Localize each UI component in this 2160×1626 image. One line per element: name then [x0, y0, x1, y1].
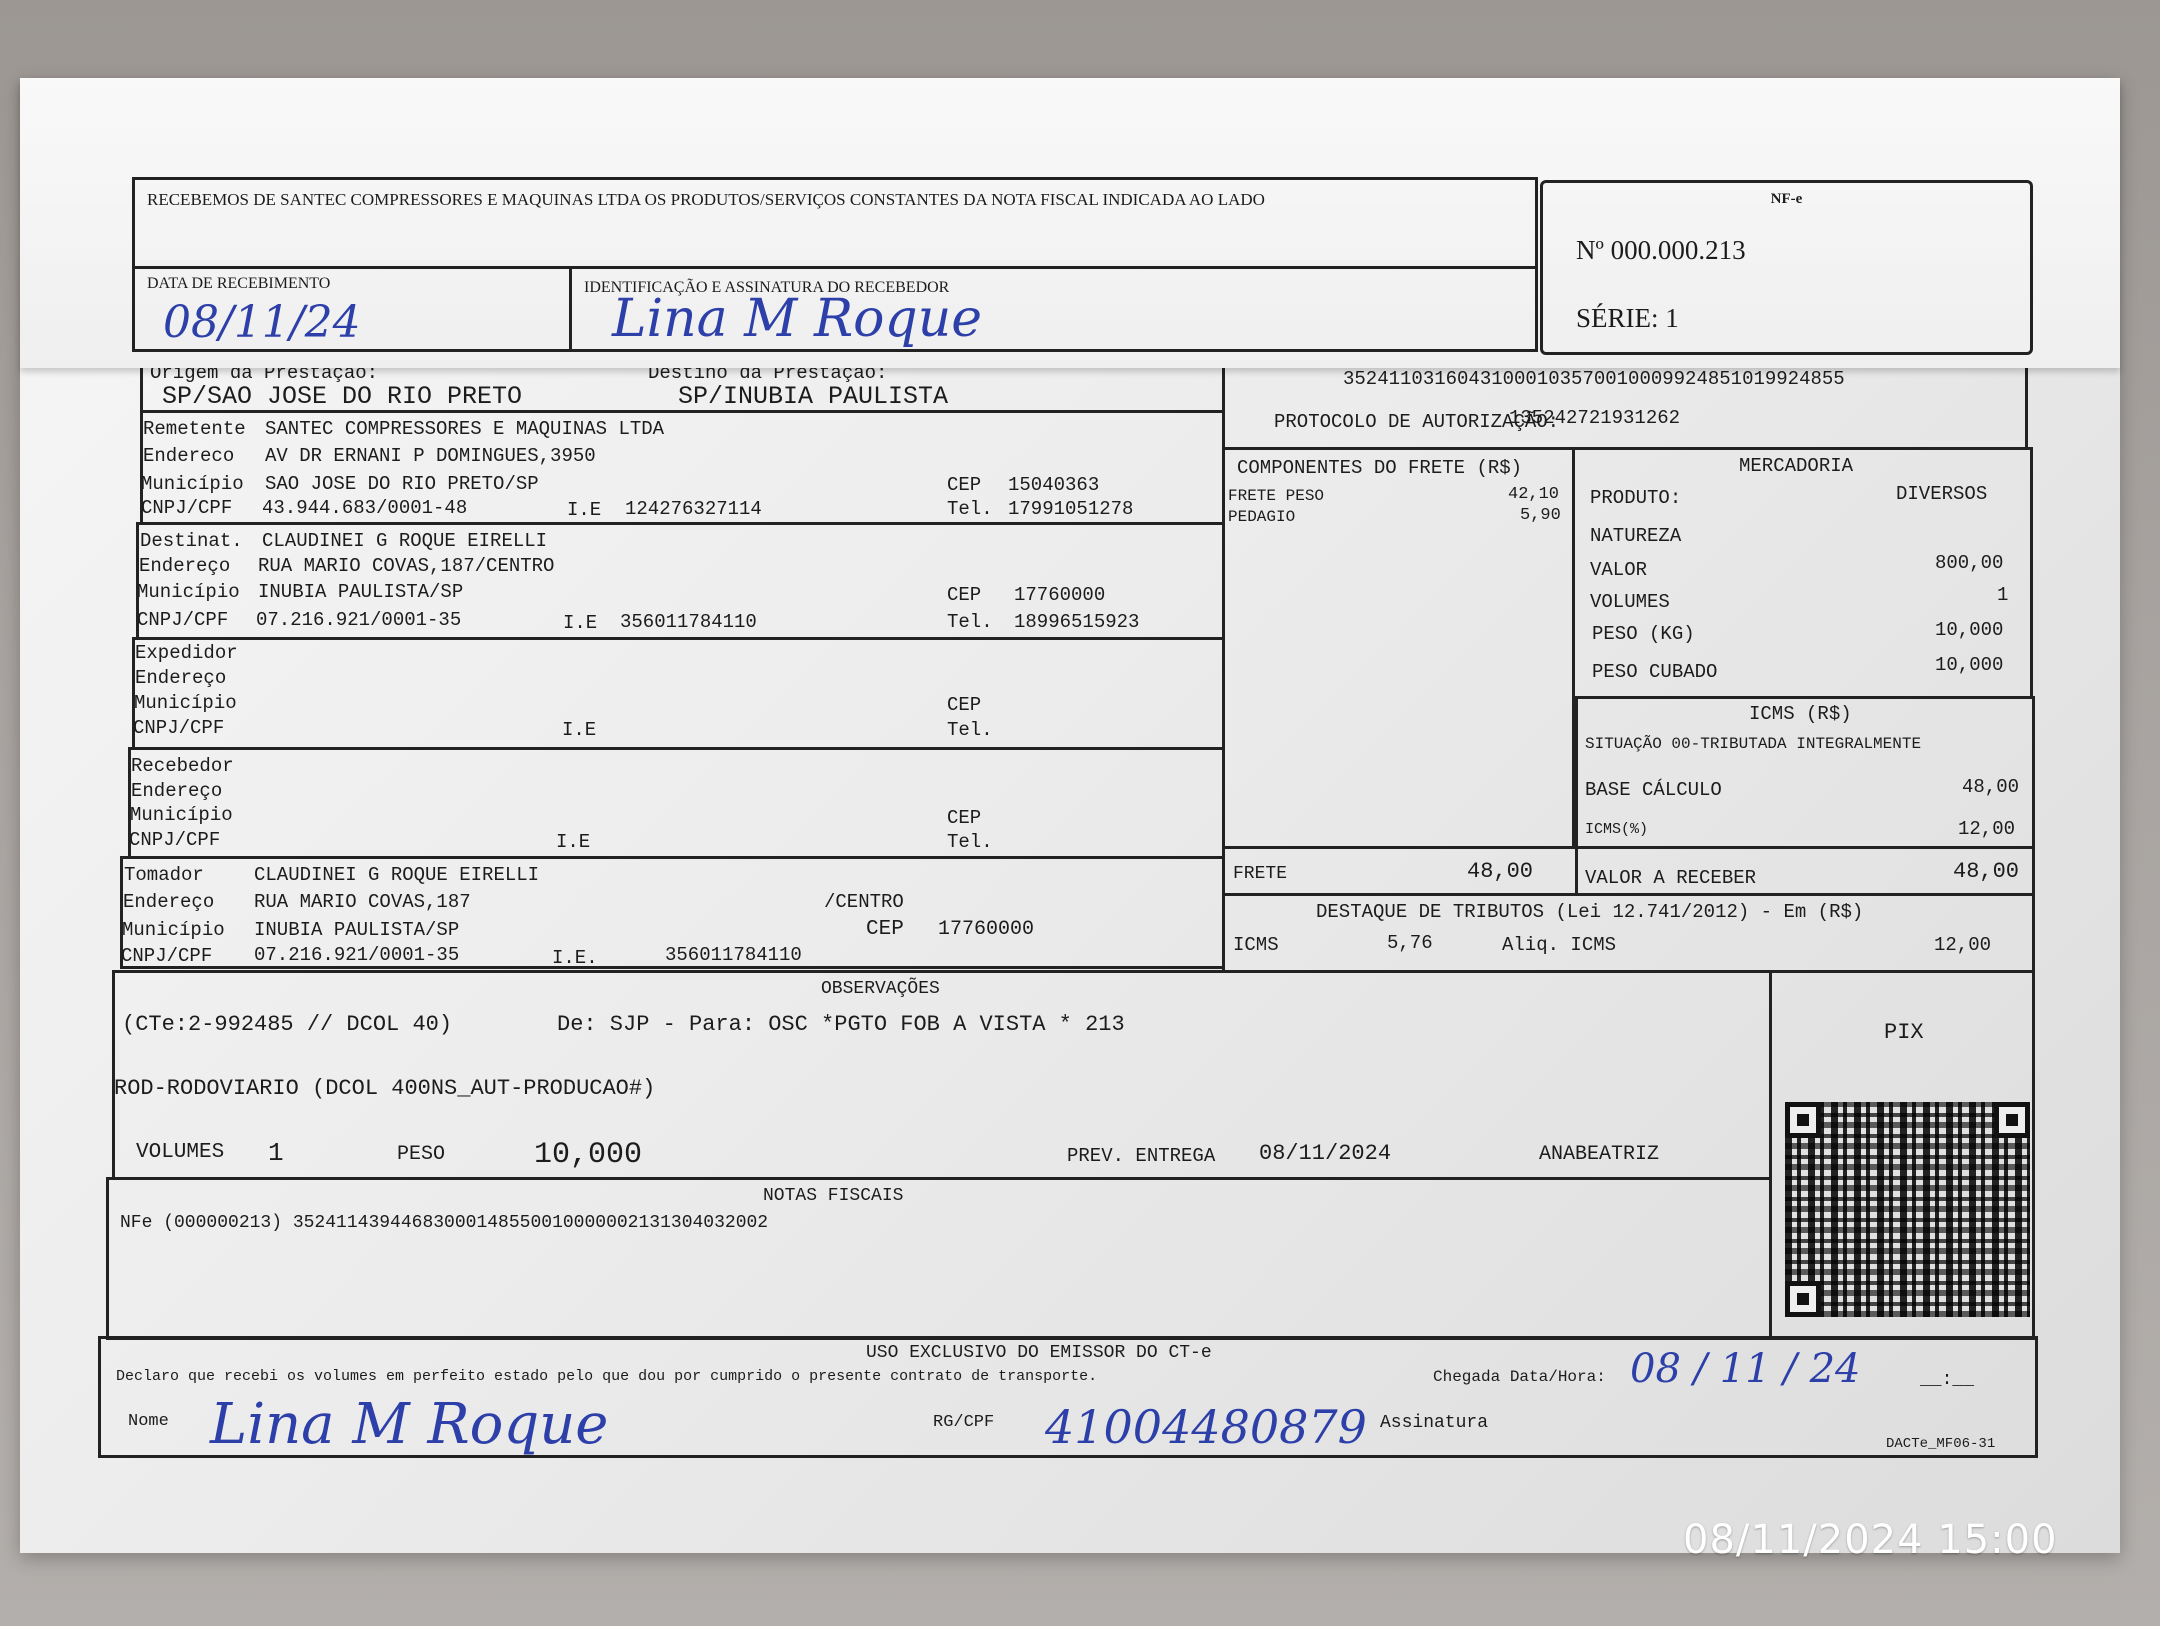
destinatario-ie-label: I.E: [563, 612, 597, 634]
recebedor-address-label: Endereço: [131, 780, 222, 802]
observations-title: OBSERVAÇÕES: [821, 979, 940, 999]
footer-signature-label: Assinatura: [1380, 1413, 1488, 1433]
footer-title: USO EXCLUSIVO DO EMISSOR DO CT-e: [866, 1343, 1212, 1363]
icms-rate-label: ICMS(%): [1585, 821, 1648, 838]
destination-value: SP/INUBIA PAULISTA: [678, 382, 948, 411]
expedidor-block: [132, 637, 1225, 750]
recebedor-block: [128, 747, 1225, 859]
observations-line1b: De: SJP - Para: OSC *PGTO FOB A VISTA * …: [557, 1012, 1125, 1037]
receipt-date-handwritten: 08/11/24: [163, 297, 361, 348]
photo-timestamp: 08/11/2024 15:00: [1683, 1517, 2058, 1563]
receipt-stub: RECEBEMOS DE SANTEC COMPRESSORES E MAQUI…: [20, 78, 2120, 368]
recebedor-label: Recebedor: [131, 755, 234, 777]
freight-item-label: FRETE PESO: [1228, 487, 1324, 505]
destinatario-city: INUBIA PAULISTA/SP: [258, 581, 463, 603]
taxes-icms-value: 5,76: [1387, 932, 1433, 954]
nfe-number: Nº 000.000.213: [1576, 235, 1746, 266]
peso-value: 10,000: [1935, 619, 2003, 641]
icms-rate-value: 12,00: [1958, 818, 2015, 840]
freight-components-title: COMPONENTES DO FRETE (R$): [1237, 457, 1522, 479]
taxes-icms-label: ICMS: [1233, 934, 1279, 956]
receipt-date-label: DATA DE RECEBIMENTO: [147, 275, 330, 293]
peso-cubado-label: PESO CUBADO: [1592, 661, 1717, 683]
peso-label: PESO (KG): [1592, 623, 1695, 645]
produto-label: PRODUTO:: [1590, 487, 1681, 509]
tomador-cnpj-label: CNPJ/CPF: [121, 945, 212, 967]
remetente-city: SAO JOSE DO RIO PRETO/SP: [265, 473, 539, 495]
taxes-aliq-value: 12,00: [1934, 934, 1991, 956]
remetente-name: SANTEC COMPRESSORES E MAQUINAS LTDA: [265, 418, 664, 440]
volumes-label: VOLUMES: [1590, 591, 1670, 613]
tomador-name: CLAUDINEI G ROQUE EIRELLI: [254, 864, 539, 886]
remetente-cnpj: 43.944.683/0001-48: [262, 497, 467, 519]
notas-fiscais-title: NOTAS FISCAIS: [763, 1186, 903, 1206]
valor-label: VALOR: [1590, 559, 1647, 581]
notas-fiscais-box: [106, 1177, 1772, 1340]
receipt-date-box: DATA DE RECEBIMENTO 08/11/24: [132, 266, 572, 352]
tomador-address-label: Endereço: [123, 891, 214, 913]
expedidor-address-label: Endereço: [135, 667, 226, 689]
freight-item-value: 42,10: [1508, 485, 1559, 504]
obs-prev-value: 08/11/2024: [1259, 1141, 1391, 1166]
observations-line1a: (CTe:2-992485 // DCOL 40): [122, 1012, 452, 1037]
remetente-ie: 124276327114: [625, 498, 762, 520]
destinatario-label: Destinat.: [140, 530, 243, 552]
icms-base-label: BASE CÁLCULO: [1585, 779, 1722, 801]
tomador-city: INUBIA PAULISTA/SP: [254, 919, 459, 941]
freight-item-label: PEDAGIO: [1228, 508, 1295, 526]
access-key: 3524110316043100010357001000992485101992…: [1343, 368, 1845, 390]
expedidor-label: Expedidor: [135, 642, 238, 664]
tomador-address: RUA MARIO COVAS,187: [254, 891, 471, 913]
remetente-address: AV DR ERNANI P DOMINGUES,3950: [265, 445, 596, 467]
destinatario-address-label: Endereço: [139, 555, 230, 577]
expedidor-ie-label: I.E: [562, 719, 596, 741]
freight-total-value: 48,00: [1467, 859, 1533, 884]
taxes-title: DESTAQUE DE TRIBUTOS (Lei 12.741/2012) -…: [1316, 901, 1863, 923]
obs-peso-label: PESO: [397, 1143, 445, 1166]
tomador-cnpj: 07.216.921/0001-35: [254, 944, 459, 966]
tomador-label: Tomador: [124, 864, 204, 886]
remetente-cep-label: CEP: [947, 474, 981, 496]
receipt-text: RECEBEMOS DE SANTEC COMPRESSORES E MAQUI…: [147, 190, 1265, 210]
remetente-cep: 15040363: [1008, 474, 1099, 496]
notas-fiscais-line: NFe (000000213) 352411439446830001485500…: [120, 1213, 768, 1233]
nfe-series: SÉRIE: 1: [1576, 303, 1679, 334]
arrival-time-blank: __:__: [1920, 1370, 1974, 1390]
destinatario-address: RUA MARIO COVAS,187/CENTRO: [258, 555, 554, 577]
icms-base-value: 48,00: [1962, 776, 2019, 798]
natureza-label: NATUREZA: [1590, 525, 1681, 547]
qr-finder-icon: [1785, 1281, 1821, 1317]
icms-title: ICMS (R$): [1749, 703, 1852, 725]
observations-box: [112, 970, 1772, 1180]
volumes-value: 1: [1997, 584, 2008, 606]
origin-value: SP/SAO JOSE DO RIO PRETO: [162, 382, 522, 411]
destinatario-cep: 17760000: [1014, 584, 1105, 606]
remetente-tel-label: Tel.: [947, 498, 993, 520]
divider: [140, 410, 1225, 413]
receipt-signature-box: IDENTIFICAÇÃO E ASSINATURA DO RECEBEDOR …: [569, 266, 1538, 352]
remetente-cnpj-label: CNPJ/CPF: [141, 497, 232, 519]
tomador-city-label: Município: [122, 919, 225, 941]
destinatario-city-label: Município: [137, 581, 240, 603]
freight-total-label: FRETE: [1233, 864, 1287, 884]
obs-volumes-value: 1: [268, 1138, 284, 1168]
expedidor-tel-label: Tel.: [947, 719, 993, 741]
arrival-handwritten: 08 / 11 / 24: [1630, 1346, 1861, 1392]
protocol-value: 135242721931262: [1509, 407, 1680, 429]
footer-rg-handwritten: 41004480879: [1045, 1400, 1367, 1454]
footer-name-handwritten: Lina M Roque: [210, 1392, 608, 1457]
freight-item-value: 5,90: [1520, 506, 1561, 525]
destinatario-name: CLAUDINEI G ROQUE EIRELLI: [262, 530, 547, 552]
receipt-signature-handwritten: Lina M Roque: [612, 289, 982, 349]
remetente-address-label: Endereco: [143, 445, 234, 467]
remetente-ie-label: I.E: [567, 499, 601, 521]
obs-user: ANABEATRIZ: [1539, 1143, 1659, 1166]
expedidor-cnpj-label: CNPJ/CPF: [133, 717, 224, 739]
observations-line2: ROD-RODOVIARIO (DCOL 400NS_AUT-PRODUCAO#…: [114, 1076, 655, 1101]
receipt-text-box: RECEBEMOS DE SANTEC COMPRESSORES E MAQUI…: [132, 177, 1538, 269]
destinatario-cnpj: 07.216.921/0001-35: [256, 609, 461, 631]
recebedor-tel-label: Tel.: [947, 831, 993, 853]
obs-prev-label: PREV. ENTREGA: [1067, 1145, 1215, 1167]
obs-peso-value: 10,000: [534, 1138, 642, 1172]
produto-value: DIVERSOS: [1896, 483, 1987, 505]
qr-finder-icon: [1785, 1102, 1821, 1138]
form-code: DACTe_MF06-31: [1886, 1436, 1995, 1452]
receivable-value: 48,00: [1953, 859, 2019, 884]
tomador-district: /CENTRO: [824, 891, 904, 913]
recebedor-city-label: Município: [130, 804, 233, 826]
expedidor-cep-label: CEP: [947, 694, 981, 716]
peso-cubado-value: 10,000: [1935, 654, 2003, 676]
destinatario-cnpj-label: CNPJ/CPF: [137, 609, 228, 631]
receivable-label: VALOR A RECEBER: [1585, 867, 1756, 889]
recebedor-cnpj-label: CNPJ/CPF: [129, 829, 220, 851]
mercadoria-title: MERCADORIA: [1739, 455, 1853, 477]
taxes-aliq-label: Aliq. ICMS: [1502, 934, 1616, 956]
tomador-cep-label: CEP: [866, 918, 904, 941]
tomador-ie: 356011784110: [665, 944, 802, 966]
expedidor-city-label: Município: [134, 692, 237, 714]
tomador-ie-label: I.E.: [552, 947, 598, 969]
remetente-label: Remetente: [143, 418, 246, 440]
arrival-label: Chegada Data/Hora:: [1433, 1368, 1606, 1386]
destinatario-tel-label: Tel.: [947, 611, 993, 633]
footer-name-label: Nome: [128, 1412, 169, 1431]
remetente-tel: 17991051278: [1008, 498, 1133, 520]
destinatario-tel: 18996515923: [1014, 611, 1139, 633]
nfe-box: NF-e Nº 000.000.213 SÉRIE: 1: [1540, 180, 2033, 355]
remetente-city-label: Município: [141, 473, 244, 495]
valor-value: 800,00: [1935, 552, 2003, 574]
obs-volumes-label: VOLUMES: [136, 1141, 224, 1164]
destinatario-cep-label: CEP: [947, 584, 981, 606]
recebedor-cep-label: CEP: [947, 807, 981, 829]
footer-declaration: Declaro que recebi os volumes em perfeit…: [116, 1368, 1097, 1385]
recebedor-ie-label: I.E: [556, 831, 590, 853]
pix-label: PIX: [1884, 1020, 1924, 1045]
icms-situation: SITUAÇÃO 00-TRIBUTADA INTEGRALMENTE: [1585, 735, 1921, 753]
qr-finder-icon: [1994, 1102, 2030, 1138]
footer-rg-label: RG/CPF: [933, 1413, 994, 1432]
tomador-cep: 17760000: [938, 918, 1034, 941]
nfe-label: NF-e: [1543, 191, 2030, 208]
destinatario-ie: 356011784110: [620, 611, 757, 633]
